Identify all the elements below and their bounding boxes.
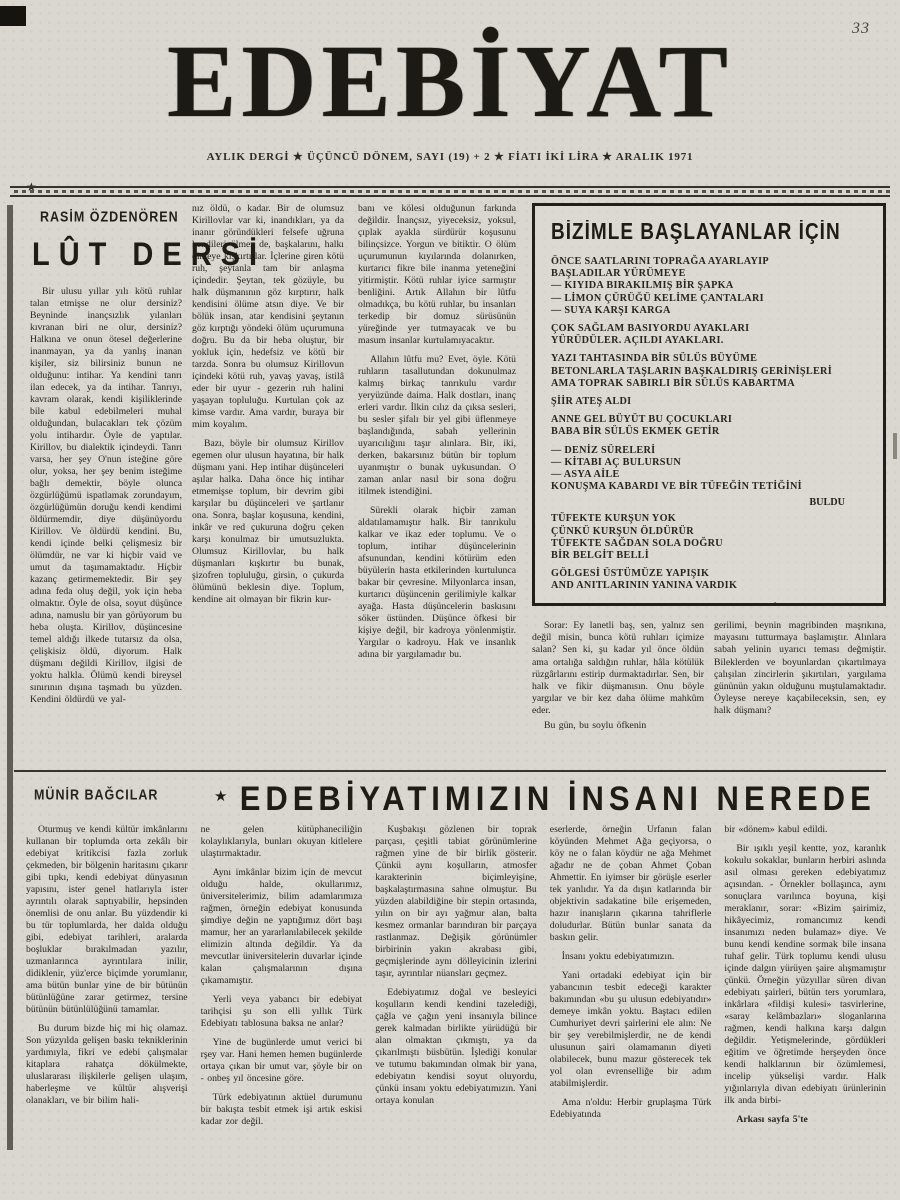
body-paragraph: bir «dönem» kabul edildi. — [724, 824, 886, 836]
bottom-article-header: MÜNİR BAĞCILAR ★ EDEBİYATIMIZIN İNSANI N… — [34, 779, 882, 815]
body-paragraph: Bu durum bizde hiç mi hiç olamaz. Son yü… — [26, 1023, 188, 1107]
poem-stanza: ŞİİR ATEŞ ALDI — [551, 396, 871, 408]
body-paragraph: Ama n'oldu: Herbir gruplaşma Türk Edebiy… — [550, 1097, 712, 1121]
body-paragraph: Oturmuş ve kendi kültür imkânlarını kull… — [26, 824, 188, 1016]
nerede-column-2: ne gelen kütüphaneciliğin kolaylıklarıyl… — [201, 824, 363, 1196]
bottom-section: Oturmuş ve kendi kültür imkânlarını kull… — [26, 824, 886, 1196]
body-paragraph: Yani ortadaki edebiyat için bir yabancın… — [550, 970, 712, 1090]
article-author: RASİM ÖZDENÖREN — [40, 209, 182, 225]
poem-line-buldu: BULDU — [551, 497, 871, 509]
body-paragraph: ne gelen kütüphaneciliğin kolaylıklarıyl… — [201, 824, 363, 860]
section-divider — [14, 770, 886, 772]
body-paragraph: Yerli veya yabancı bir edebiyat tarihçis… — [201, 994, 363, 1030]
body-paragraph: Bir ışıklı yeşil kentte, yoz, karanlık k… — [724, 843, 886, 1107]
body-paragraph: Bazı, böyle bir olumsuz Kirillov egemen … — [192, 438, 344, 606]
nerede-column-3: Kuşbakışı gözlenen bir toprak parçası, ç… — [375, 824, 537, 1196]
body-paragraph: Sürekli olarak hiçbir zaman aldatılamamı… — [358, 505, 516, 661]
body-paragraph: banı ve kölesi olduğunun farkında değild… — [358, 203, 516, 347]
poem-stanza: ÇOK SAĞLAM BASIYORDU AYAKLARI YÜRÜDÜLER.… — [551, 323, 871, 347]
scan-right-edge-mark — [893, 433, 897, 459]
right-area: BİZİMLE BAŞLAYANLAR İÇİN ÖNCE SAATLARINI… — [532, 203, 886, 771]
continuation-note: Arkası sayfa 5'te — [724, 1114, 886, 1126]
body-paragraph: eserlerde, örneğin Urfanın falan köyünde… — [550, 824, 712, 944]
nerede-column-1: Oturmuş ve kendi kültür imkânlarını kull… — [26, 824, 188, 1196]
body-paragraph: Edebiyatımız doğal ve besleyici koşullar… — [375, 987, 537, 1107]
after-box-column-1: Sorar: Ey lanetli baş, sen, yalnız sen d… — [532, 620, 704, 734]
scan-left-edge — [7, 205, 13, 1150]
star-icon: ★ — [214, 787, 227, 806]
poem-stanza: TÜFEKTE KURŞUN YOK ÇÜNKÜ KURŞUN ÖLDÜRÜR … — [551, 513, 871, 562]
masthead: EDEBİYAT AYLIK DERGİ ★ ÜÇÜNCÜ DÖNEM, SAY… — [0, 30, 900, 163]
article-author: MÜNİR BAĞCILAR — [34, 787, 194, 803]
poem-stanza: ANNE GEL BÜYÜT BU ÇOCUKLARI BABA BİR SÜL… — [551, 414, 871, 438]
body-paragraph: İnsanı yoktu edebiyatımızın. — [550, 951, 712, 963]
poem-box: BİZİMLE BAŞLAYANLAR İÇİN ÖNCE SAATLARINI… — [532, 203, 886, 606]
poem-stanza: YAZI TAHTASINDA BİR SÜLÜS BÜYÜME BETONLA… — [551, 353, 871, 390]
article-title: EDEBİYATIMIZIN İNSANI NEREDE — [233, 779, 882, 819]
masthead-rule — [10, 186, 890, 197]
poem-stanza: ÖNCE SAATLARINI TOPRAĞA AYARLAYIP BAŞLAD… — [551, 256, 871, 317]
magazine-page: 33 EDEBİYAT AYLIK DERGİ ★ ÜÇÜNCÜ DÖNEM, … — [0, 0, 900, 1200]
masthead-subtitle: AYLIK DERGİ ★ ÜÇÜNCÜ DÖNEM, SAYI (19) + … — [0, 150, 900, 163]
body-paragraph: gerilimi, beynin magribinden maşrıkına, … — [714, 620, 886, 718]
body-paragraph: Sorar: Ey lanetli baş, sen, yalnız sen d… — [532, 620, 704, 718]
lut-dersi-column-1: RASİM ÖZDENÖREN LÛT DERSİ Bir ulusu yıll… — [30, 203, 182, 771]
top-section: RASİM ÖZDENÖREN LÛT DERSİ Bir ulusu yıll… — [30, 203, 886, 771]
body-paragraph: Allahın lûtfu mu? Evet, öyle. Kötü ruhla… — [358, 354, 516, 498]
body-paragraph: Bu gün, bu soylu öfkenin — [532, 720, 704, 732]
nerede-column-4: eserlerde, örneğin Urfanın falan köyünde… — [550, 824, 712, 1196]
body-paragraph: Türk edebiyatının aktüel durumunu bir ba… — [201, 1092, 363, 1128]
magazine-title: EDEBİYAT — [0, 30, 900, 134]
body-paragraph: Yine de bugünlerde umut verici bi rşey v… — [201, 1037, 363, 1085]
scan-corner-mark — [0, 6, 26, 26]
poem-author: EBUBEKİR SOXUMUT — [551, 601, 871, 606]
body-paragraph: Kuşbakışı gözlenen bir toprak parçası, ç… — [375, 824, 537, 980]
lut-dersi-column-2: nız öldü, o kadar. Bir de olumsuz Kirill… — [192, 203, 344, 771]
after-box-columns: Sorar: Ey lanetli baş, sen, yalnız sen d… — [532, 620, 886, 734]
article-title: LÛT DERSİ — [32, 237, 182, 274]
lut-dersi-column-3: banı ve kölesi olduğunun farkında değild… — [358, 203, 516, 771]
body-paragraph: Bir ulusu yıllar yılı kötü ruhlar talan … — [30, 286, 182, 706]
body-paragraph: Aynı imkânlar bizim için de mevcut olduğ… — [201, 867, 363, 987]
after-box-column-2: gerilimi, beynin magribinden maşrıkına, … — [714, 620, 886, 734]
poem-title: BİZİMLE BAŞLAYANLAR İÇİN — [551, 220, 871, 246]
poem-stanza: — DENİZ SÜRELERİ — KİTABI AÇ BULURSUN — … — [551, 445, 871, 494]
poem-stanza: GÖLGESİ ÜSTÜMÜZE YAPIŞIK AND ANITLARININ… — [551, 568, 871, 592]
nerede-column-5: bir «dönem» kabul edildi. Bir ışıklı yeş… — [724, 824, 886, 1196]
